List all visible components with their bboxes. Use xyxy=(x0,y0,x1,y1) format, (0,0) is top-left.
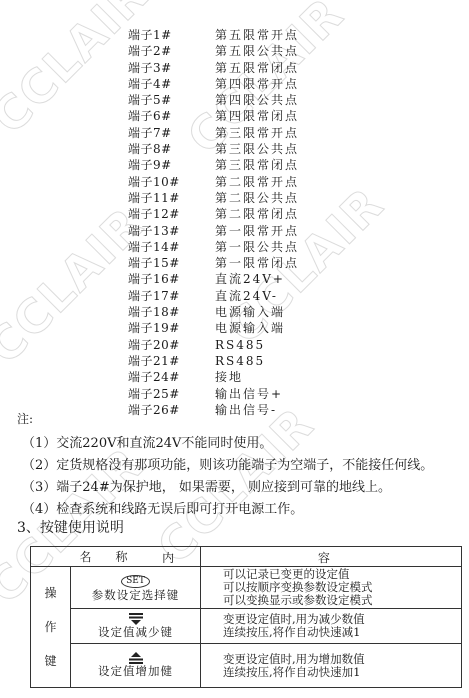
terminal-id: 端子14# xyxy=(128,239,180,255)
section-title: 3、按键使用说明 xyxy=(17,517,124,537)
table-row: 设定值增加健 变更设定值时,用为增加数值 连续按压,将作自动快速加1 xyxy=(31,644,462,688)
terminal-id: 端子6# xyxy=(128,108,172,124)
terminal-id: 端子15# xyxy=(128,255,180,271)
terminal-desc: RS485 xyxy=(215,337,265,353)
terminal-id: 端子17# xyxy=(128,288,180,304)
down-triangle-icon xyxy=(129,613,143,625)
key-name-cell: SET 参数设定选择键 xyxy=(71,567,201,609)
terminal-id: 端子26# xyxy=(128,402,180,418)
terminal-desc: 电源输入端 xyxy=(215,320,285,336)
key-content-cell: 变更设定值时,用为减少数值 连续按压,将作自动快速减1 xyxy=(201,609,462,644)
category-char: 键 xyxy=(31,644,70,678)
terminal-desc: 第三限常闭点 xyxy=(215,157,299,173)
header-content-right: 容 xyxy=(318,551,330,565)
category-cell: 操 作 键 xyxy=(31,567,71,688)
terminal-id: 端子13# xyxy=(128,223,180,239)
note-item: （2）定货规格没有那项功能，则该功能端子为空端子，不能接任何线。 xyxy=(22,455,433,477)
terminal-desc: 第一限常开点 xyxy=(215,223,299,239)
header-content-left: 内 xyxy=(162,551,174,565)
terminal-desc: 输出信号+ xyxy=(215,386,283,402)
terminal-id: 端子4# xyxy=(128,76,172,92)
terminal-id: 端子19# xyxy=(128,320,180,336)
terminal-id: 端子16# xyxy=(128,271,180,287)
terminal-desc: 第三限公共点 xyxy=(215,141,299,157)
terminal-desc: 第一限常闭点 xyxy=(215,255,299,271)
up-triangle-icon xyxy=(129,652,143,664)
content-line: 可以变换显示或参数设定模式 xyxy=(223,594,461,607)
terminal-id: 端子3# xyxy=(128,60,172,76)
terminal-id: 端子25# xyxy=(128,386,180,402)
key-content-cell: 可以记录已变更的设定值 可以按顺序变换参数设定模式 可以变换显示或参数设定模式 xyxy=(201,567,462,609)
terminal-id: 端子1# xyxy=(128,27,172,43)
terminal-desc: 第四限常开点 xyxy=(215,76,299,92)
terminal-desc: RS485 xyxy=(215,353,265,369)
table-row: 设定值减少键 变更设定值时,用为减少数值 连续按压,将作自动快速减1 xyxy=(31,609,462,644)
terminal-desc: 第四限公共点 xyxy=(215,92,299,108)
terminal-desc: 第三限常开点 xyxy=(215,125,299,141)
terminal-desc: 第五限公共点 xyxy=(215,43,299,59)
key-content-cell: 变更设定值时,用为增加数值 连续按压,将作自动快速加1 xyxy=(201,644,462,688)
key-label: 设定值减少键 xyxy=(71,625,200,640)
terminal-id: 端子21# xyxy=(128,353,180,369)
notes-list: （1）交流220V和直流24V不能同时使用。 （2）定货规格没有那项功能，则该功… xyxy=(22,433,433,521)
terminal-id: 端子9# xyxy=(128,157,172,173)
key-name-cell: 设定值增加健 xyxy=(71,644,201,688)
terminal-desc: 电源输入端 xyxy=(215,304,285,320)
terminal-id: 端子7# xyxy=(128,125,172,141)
terminal-desc: 第一限公共点 xyxy=(215,239,299,255)
terminal-id: 端子2# xyxy=(128,43,172,59)
set-key-icon: SET xyxy=(121,575,150,588)
terminal-id: 端子18# xyxy=(128,304,180,320)
table-row: 操 作 键 SET 参数设定选择键 可以记录已变更的设定值 可以按顺序变换参数设… xyxy=(31,567,462,609)
terminal-id: 端子12# xyxy=(128,206,180,222)
terminal-desc: 第五限常闭点 xyxy=(215,60,299,76)
category-char: 作 xyxy=(31,610,70,644)
content-line: 连续按压,将作自动快速加1 xyxy=(223,666,461,679)
terminal-desc: 输出信号- xyxy=(215,402,277,418)
terminal-id: 端子24# xyxy=(128,369,180,385)
key-label: 设定值增加健 xyxy=(71,664,200,679)
note-item: （3）端子24#为保护地， 如果需要， 则应接到可靠的地线上。 xyxy=(22,477,433,499)
key-label: 参数设定选择键 xyxy=(71,588,200,603)
terminal-id: 端子8# xyxy=(128,141,172,157)
category-char: 操 xyxy=(31,576,70,610)
table-header-row: 名称 内 容 xyxy=(31,547,462,567)
content-line: 变更设定值时,用为增加数值 xyxy=(223,653,461,666)
terminal-desc: 第二限公共点 xyxy=(215,190,299,206)
notes-label: 注: xyxy=(17,410,33,427)
terminal-id: 端子20# xyxy=(128,337,180,353)
header-content: 内 容 xyxy=(201,547,462,567)
content-line: 连续按压,将作自动快速减1 xyxy=(223,626,461,639)
terminal-desc: 直流24V+ xyxy=(215,271,285,287)
terminal-desc: 接地 xyxy=(215,369,243,385)
terminal-desc: 第四限常闭点 xyxy=(215,108,299,124)
terminal-desc: 第五限常开点 xyxy=(215,27,299,43)
terminal-id: 端子11# xyxy=(128,190,180,206)
terminal-desc: 第二限常开点 xyxy=(215,174,299,190)
note-item: （1）交流220V和直流24V不能同时使用。 xyxy=(22,433,433,455)
key-name-cell: 设定值减少键 xyxy=(71,609,201,644)
terminal-id: 端子10# xyxy=(128,174,180,190)
terminal-id: 端子5# xyxy=(128,92,172,108)
key-usage-table: 名称 内 容 操 作 键 SET 参数设定选择键 可以记录已变更的设定值 可以按… xyxy=(30,546,462,688)
terminal-desc: 直流24V- xyxy=(215,288,278,304)
terminal-desc: 第二限常闭点 xyxy=(215,206,299,222)
